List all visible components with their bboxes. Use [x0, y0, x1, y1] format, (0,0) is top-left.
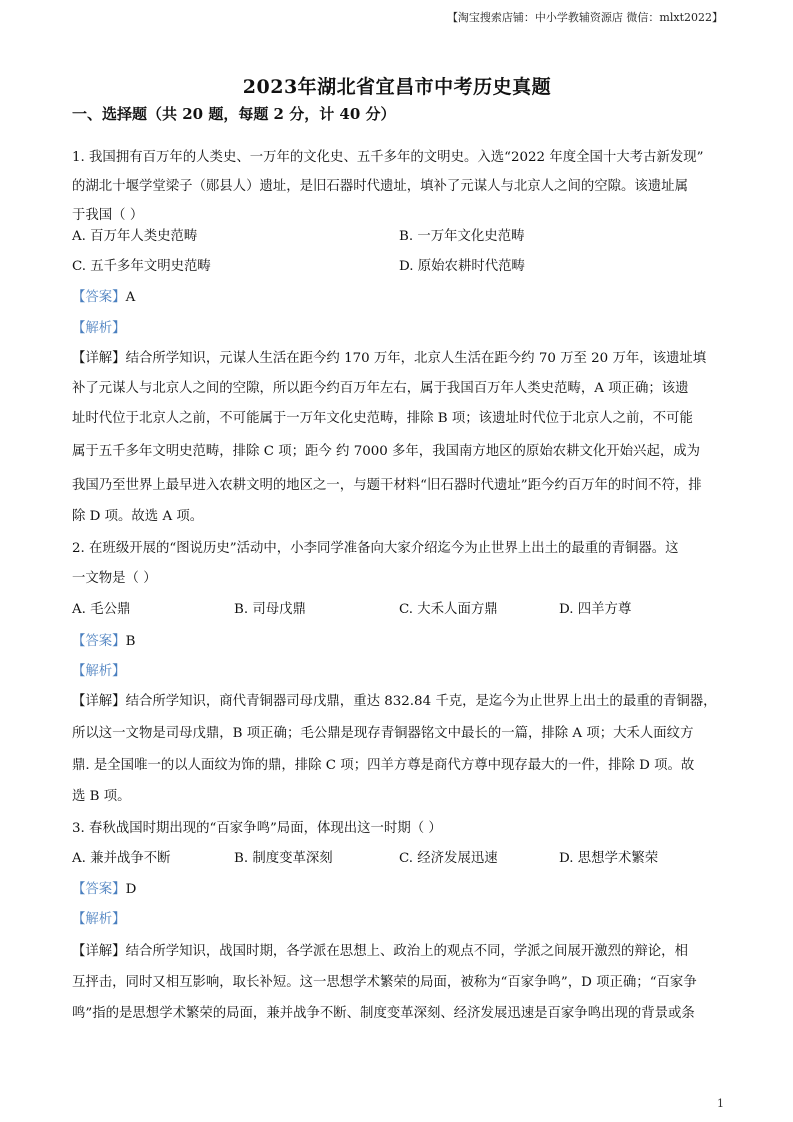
q2-detail-line: 鼎. 是全国唯一的以人面纹为饰的鼎，排除 C 项；四羊方尊是商代方尊中现存最大的…: [72, 757, 694, 775]
q1-detail-line: 属于五千多年文明史范畴，排除 C 项；距今 约 7000 多年，我国南方地区的原…: [72, 443, 700, 461]
q1-detail-line: 我国乃至世界上最早进入农耕文明的地区之一，与题干材料“旧石器时代遗址”距今约百万…: [72, 477, 702, 495]
analysis-label: 【解析】: [72, 320, 126, 338]
q3-detail-line: 互抨击，同时又相互影响，取长补短。这一思想学术繁荣的局面，被称为“百家争鸣”，D…: [72, 974, 697, 992]
analysis-label: 【解析】: [72, 911, 126, 929]
q2-detail-line: 选 B 项。: [72, 788, 131, 806]
answer-value: B: [126, 634, 136, 649]
detail-text: 结合所学知识，商代青铜器司母戊鼎，重达 832.84 千克，是迄今为止世界上出土…: [126, 694, 717, 709]
q2-stem-line: 一文物是（ ）: [72, 570, 157, 588]
answer-label: 【答案】: [72, 634, 126, 649]
q1-detail-line: 除 D 项。故选 A 项。: [72, 508, 203, 526]
q1-detail-line: 补了元谋人与北京人之间的空隙，所以距今约百万年左右，属于我国百万年人类史范畴，A…: [72, 380, 689, 398]
detail-text: 结合所学知识，元谋人生活在距今约 170 万年，北京人生活在距今约 70 万至 …: [126, 351, 707, 366]
q1-stem-line: 的湖北十堰学堂梁子（郧县人）遗址，是旧石器时代遗址，填补了元谋人与北京人之间的空…: [72, 178, 688, 196]
q1-option-d: D. 原始农耕时代范畴: [399, 258, 525, 276]
q1-option-a: A. 百万年人类史范畴: [72, 228, 197, 246]
q3-option-b: B. 制度变革深刻: [234, 850, 333, 868]
q2-option-c: C. 大禾人面方鼎: [399, 601, 498, 619]
q1-option-c: C. 五千多年文明史范畴: [72, 258, 211, 276]
page-title: 2023年湖北省宜昌市中考历史真题: [72, 72, 722, 99]
q1-detail-line: 【详解】结合所学知识，元谋人生活在距今约 170 万年，北京人生活在距今约 70…: [72, 350, 706, 368]
answer-label: 【答案】: [72, 882, 126, 897]
q1-detail-line: 址时代位于北京人之前，不可能属于一万年文化史范畴，排除 B 项；该遗址时代位于北…: [72, 410, 693, 428]
detail-text: 结合所学知识，战国时期，各学派在思想上、政治上的观点不同，学派之间展开激烈的辩论…: [126, 944, 688, 959]
q3-answer: 【答案】D: [72, 881, 136, 899]
q1-stem-line: 于我国（ ）: [72, 207, 143, 225]
q2-option-a: A. 毛公鼎: [72, 601, 130, 619]
answer-value: A: [126, 290, 136, 305]
answer-value: D: [126, 882, 137, 897]
detail-label: 【详解】: [72, 944, 126, 959]
q3-option-d: D. 思想学术繁荣: [559, 850, 658, 868]
q3-detail-line: 【详解】结合所学知识，战国时期，各学派在思想上、政治上的观点不同，学派之间展开激…: [72, 943, 688, 961]
q2-detail-line: 所以这一文物是司母戊鼎，B 项正确；毛公鼎是现存青铜器铭文中最长的一篇，排除 A…: [72, 725, 693, 743]
analysis-label: 【解析】: [72, 663, 126, 681]
q3-detail-line: 鸣”指的是思想学术繁荣的局面，兼并战争不断、制度变革深刻、经济发展迅速是百家争鸣…: [72, 1005, 695, 1023]
q2-stem-line: 2. 在班级开展的“图说历史”活动中，小李同学准备向大家介绍迄今为止世界上出土的…: [72, 540, 679, 558]
answer-label: 【答案】: [72, 290, 126, 305]
detail-label: 【详解】: [72, 694, 126, 709]
page-number: 1: [717, 1097, 724, 1110]
header-note: 【淘宝搜索店铺：中小学教辅资源店 微信：mlxt2022】: [447, 9, 723, 25]
section-heading: 一、选择题（共 20 题，每题 2 分，计 40 分）: [72, 103, 396, 124]
q1-option-b: B. 一万年文化史范畴: [399, 228, 524, 246]
q2-option-b: B. 司母戊鼎: [234, 601, 306, 619]
q1-answer: 【答案】A: [72, 289, 135, 307]
q3-option-a: A. 兼并战争不断: [72, 850, 171, 868]
q2-answer: 【答案】B: [72, 633, 135, 651]
q3-option-c: C. 经济发展迅速: [399, 850, 498, 868]
q3-stem-line: 3. 春秋战国时期出现的“百家争鸣”局面，体现出这一时期（ ）: [72, 820, 442, 838]
q2-option-d: D. 四羊方尊: [559, 601, 631, 619]
q2-detail-line: 【详解】结合所学知识，商代青铜器司母戊鼎，重达 832.84 千克，是迄今为止世…: [72, 693, 717, 711]
detail-label: 【详解】: [72, 351, 126, 366]
q1-stem-line: 1. 我国拥有百万年的人类史、一万年的文化史、五千多年的文明史。入选“2022 …: [72, 149, 703, 167]
